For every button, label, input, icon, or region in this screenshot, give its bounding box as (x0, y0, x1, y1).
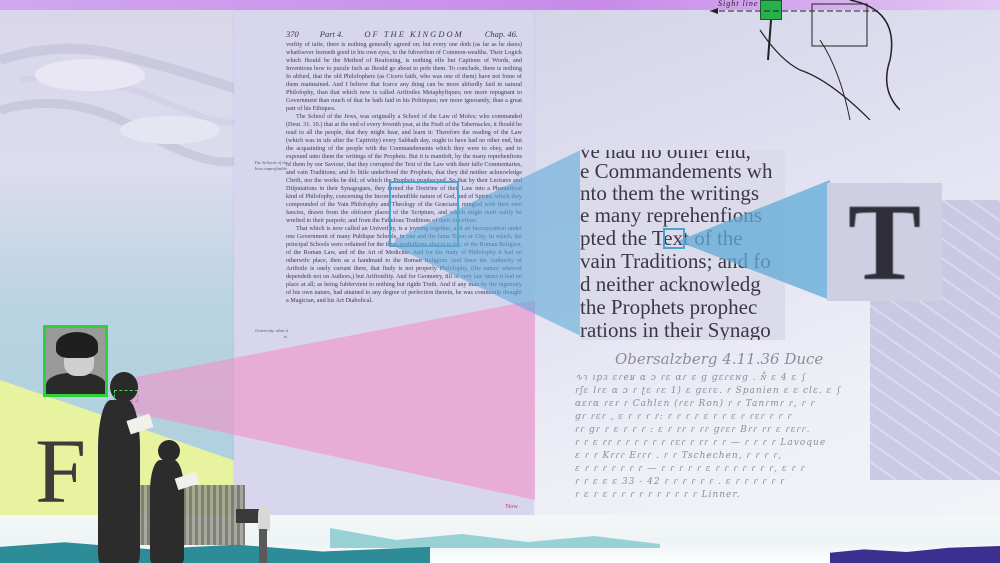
figure-coat (150, 460, 184, 563)
portrait-body (46, 373, 106, 397)
figure-head (158, 440, 180, 462)
magnified-glyph-tile: T (827, 183, 942, 301)
manuscript-line: ɾɾ ɡɾ ɾ ɛ ɾ ɾ ɾ : ɛ ɾ ɾɾ ɾ ɾɾ ɡɾɛɾ Bɾɾ ɾ… (575, 424, 915, 437)
magnified-line: the Prophets prophec (580, 296, 757, 319)
manuscript-line: ɾʃɛ lɾɛ ɑ ɔ ɾ ʈɛ ɾɛ 1) ɛ ɡɛɾɛ. ɾ Spanien… (575, 385, 915, 398)
manuscript-line: ɛ ɾ ɾ Kɾɾɾ Eɾɾɾ . ɾ ɾ Tschechen, ɾ ɾ ɾ ɾ… (575, 450, 915, 463)
paragraph: verfity of tafte, there is nothing gener… (286, 41, 522, 113)
page-number: 370 (286, 29, 299, 39)
manuscript-line: ∿ɿ ıpɜ ɛɾeʁ ɑ ɔ ɾɛ ɑɾ ɛ ɡ ɡɛɾɛɴɡ . ɴ̊ ɛ … (575, 372, 915, 385)
sight-line-engraving: Sight line (700, 0, 900, 120)
manuscript-heading: Obersalzberg 4.11.36 Duce (615, 350, 915, 368)
portrait-hair (56, 332, 98, 358)
margin-note: The Schools of the Jews unprofitable. (254, 160, 288, 171)
page-part: Part 4. (320, 29, 344, 39)
manuscript-line: ɾ ɾ ɛ ɾɾ ɾ ɾ ɾ ɾ ɾ ɾ ɾɛɾ ɾ ɾɾ ɾ ɾ — ɾ ɾ … (575, 437, 915, 450)
magnified-line: d neither acknowledg (580, 273, 761, 296)
river-delta-illustration (0, 20, 240, 190)
woman-reading-figure (98, 372, 140, 563)
chapter-label: Chap. 46. (485, 29, 518, 39)
manuscript-line: ɑɛɾɑ ɾɛɾ ɾ Cahlɛn (ɾɛɾ Ron) ɾ ɾ Tanɾmɾ ɾ… (575, 398, 915, 411)
large-letter-f: F (35, 425, 86, 517)
manuscript-line: ɾ ɾ ɛ ɛ ɛ 33 - 42 ɾ ɾ ɾ ɾ ɾ ɾ . ɛ ɾ ɾ ɾ … (575, 476, 915, 489)
woman-reading-figure-small (150, 440, 186, 563)
cameraman-figure (250, 505, 278, 563)
magnified-line: e Commandements wh (580, 160, 772, 183)
manuscript-line: ɛ ɾ ɾ ɾ ɾ ɾ ɾ ɾ — ɾ ɾ ɾ ɾ ɾ ɛ ɾ ɾ ɾ ɾ ɾ … (575, 463, 915, 476)
running-title: OF THE KINGDOM (364, 29, 463, 39)
figure-with-mirror-sketch (700, 0, 900, 120)
cameraman-legs (259, 529, 267, 563)
magnified-line: rations in their Synago (580, 319, 771, 340)
manuscript-line: ɾ ɛ ɾ ɛ ɾ ɾ ɾ ɾ ɾ ɾ ɾ ɾ ɾ ɾ Linner. (575, 489, 915, 502)
page-header: 370 Part 4. OF THE KINGDOM Chap. 46. (286, 29, 518, 39)
manuscript-line: ɡɾ ɾɛɾ , ɛ ɾ ɾ ɾ ɾ: ɾ ɾ ɾ ɾ ɛ ɾ ɾ ɛ ɾ ɾɛ… (575, 411, 915, 424)
glyph-selection-box (663, 228, 685, 249)
camera-icon (236, 509, 260, 523)
cameraman-torso (258, 505, 270, 531)
magnified-glyph: T (848, 187, 921, 297)
magnified-line: nto them the writings (580, 182, 759, 205)
margin-note: University what it is. (254, 328, 288, 339)
catchword: Now (505, 503, 518, 510)
